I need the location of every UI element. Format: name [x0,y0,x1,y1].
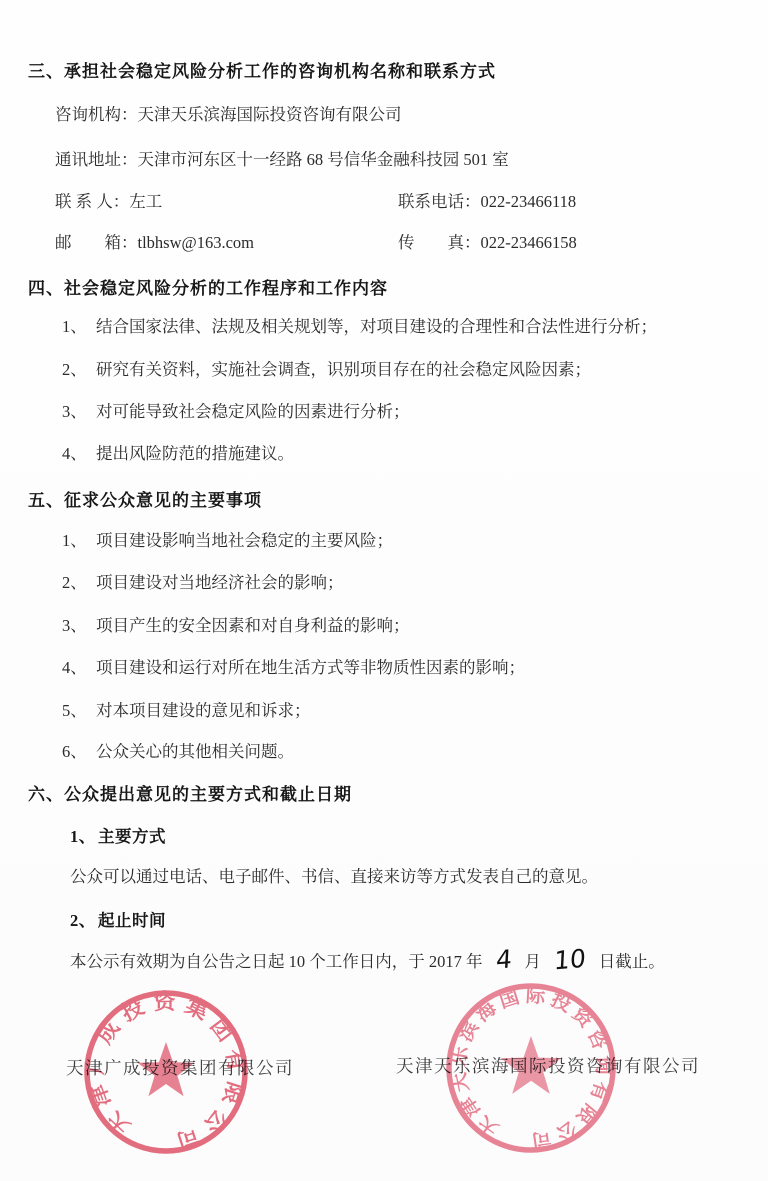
item-text: 对本项目建设的意见和诉求； [96,701,311,720]
item-text: 研究有关资料，实施社会调查，识别项目存在的社会稳定风险因素； [96,360,591,379]
section-4-item: 2、研究有关资料，实施社会调查，识别项目存在的社会稳定风险因素； [62,358,591,382]
seal-graphic: 天津广成投资集团有限公司 [81,987,251,1157]
item-text: 项目产生的安全因素和对自身利益的影响； [96,616,410,635]
period-subheading: 2、起止时间 [70,909,166,933]
deadline-prefix: 本公示有效期为自公告之日起 10 个工作日内，于 2017 年 [70,952,483,971]
section-4-item: 4、提出风险防范的措施建议。 [62,442,294,466]
address-label: 通讯地址： [55,150,138,169]
seal-graphic: 天津天乐滨海国际投资咨询有限公司 [443,980,619,1156]
method-paragraph: 公众可以通过电话、电子邮件、书信、直接来访等方式发表自己的意见。 [70,865,598,889]
section-5-item: 3、项目产生的安全因素和对自身利益的影响； [62,614,410,638]
deadline-suffix: 日截止。 [599,952,665,971]
company-seal-left: 天津广成投资集团有限公司 [81,987,251,1157]
fax-cell: 传 真：022-23466158 [398,231,577,255]
contact-person-value: 左工 [129,192,162,211]
item-number: 5、 [62,699,96,723]
consulting-org-value: 天津天乐滨海国际投资咨询有限公司 [138,105,402,124]
item-text: 项目建设影响当地社会稳定的主要风险； [96,531,393,550]
handwritten-month: 4 [495,947,512,973]
section-4-heading: 四、社会稳定风险分析的工作程序和工作内容 [28,277,388,301]
contact-person-label: 联 系 人： [55,192,129,211]
address-row: 通讯地址：天津市河东区十一经路 68 号信华金融科技园 501 室 [55,148,509,172]
section-5-item: 2、项目建设对当地经济社会的影响； [62,571,344,595]
subhead-number: 1、 [70,825,98,849]
email-label: 邮 箱： [55,233,138,252]
section-5-item: 5、对本项目建设的意见和诉求； [62,699,311,723]
deadline-month-unit: 月 [524,952,541,971]
section-5-item: 6、公众关心的其他相关问题。 [62,740,294,764]
subhead-title: 起止时间 [98,911,166,930]
item-number: 3、 [62,614,96,638]
item-text: 项目建设和运行对所在地生活方式等非物质性因素的影响； [96,658,525,677]
item-text: 公众关心的其他相关问题。 [96,742,294,761]
phone-cell: 联系电话：022-23466118 [398,190,576,214]
deadline-line: 本公示有效期为自公告之日起 10 个工作日内，于 2017 年4月10日截止。 [70,947,665,974]
item-number: 1、 [62,315,96,339]
subhead-number: 2、 [70,909,98,933]
item-text: 提出风险防范的措施建议。 [96,444,294,463]
consulting-org-row: 咨询机构：天津天乐滨海国际投资咨询有限公司 [55,103,402,127]
section-5-heading: 五、征求公众意见的主要事项 [28,489,262,513]
star-icon [501,1036,562,1094]
phone-label: 联系电话： [398,192,481,211]
section-4-item: 1、结合国家法律、法规及相关规划等，对项目建设的合理性和合法性进行分析； [62,315,657,339]
address-value: 天津市河东区十一经路 68 号信华金融科技园 501 室 [138,150,509,169]
section-5-item: 4、项目建设和运行对所在地生活方式等非物质性因素的影响； [62,656,525,680]
handwritten-day: 10 [553,947,586,974]
phone-value: 022-23466118 [481,192,577,211]
scanned-document-page: 三、承担社会稳定风险分析工作的咨询机构名称和联系方式 咨询机构：天津天乐滨海国际… [0,0,768,1181]
company-seal-right: 天津天乐滨海国际投资咨询有限公司 [443,980,619,1156]
fax-value: 022-23466158 [481,233,577,252]
item-number: 6、 [62,740,96,764]
email-value: tlbhsw@163.com [138,233,254,252]
section-6-heading: 六、公众提出意见的主要方式和截止日期 [28,783,352,807]
item-number: 1、 [62,529,96,553]
section-5-item: 1、项目建设影响当地社会稳定的主要风险； [62,529,393,553]
method-subheading: 1、主要方式 [70,825,166,849]
consulting-org-label: 咨询机构： [55,105,138,124]
email-row: 邮 箱：tlbhsw@163.com 传 真：022-23466158 [55,231,715,255]
item-text: 项目建设对当地经济社会的影响； [96,573,344,592]
item-number: 2、 [62,571,96,595]
item-number: 4、 [62,656,96,680]
fax-label: 传 真： [398,233,481,252]
section-4-item: 3、对可能导致社会稳定风险的因素进行分析； [62,400,410,424]
item-text: 对可能导致社会稳定风险的因素进行分析； [96,402,410,421]
subhead-title: 主要方式 [98,827,166,846]
section-3-heading: 三、承担社会稳定风险分析工作的咨询机构名称和联系方式 [28,60,496,84]
item-number: 3、 [62,400,96,424]
item-text: 结合国家法律、法规及相关规划等，对项目建设的合理性和合法性进行分析； [96,317,657,336]
star-icon [138,1042,195,1096]
item-number: 4、 [62,442,96,466]
contact-row: 联 系 人：左工 联系电话：022-23466118 [55,190,715,214]
item-number: 2、 [62,358,96,382]
